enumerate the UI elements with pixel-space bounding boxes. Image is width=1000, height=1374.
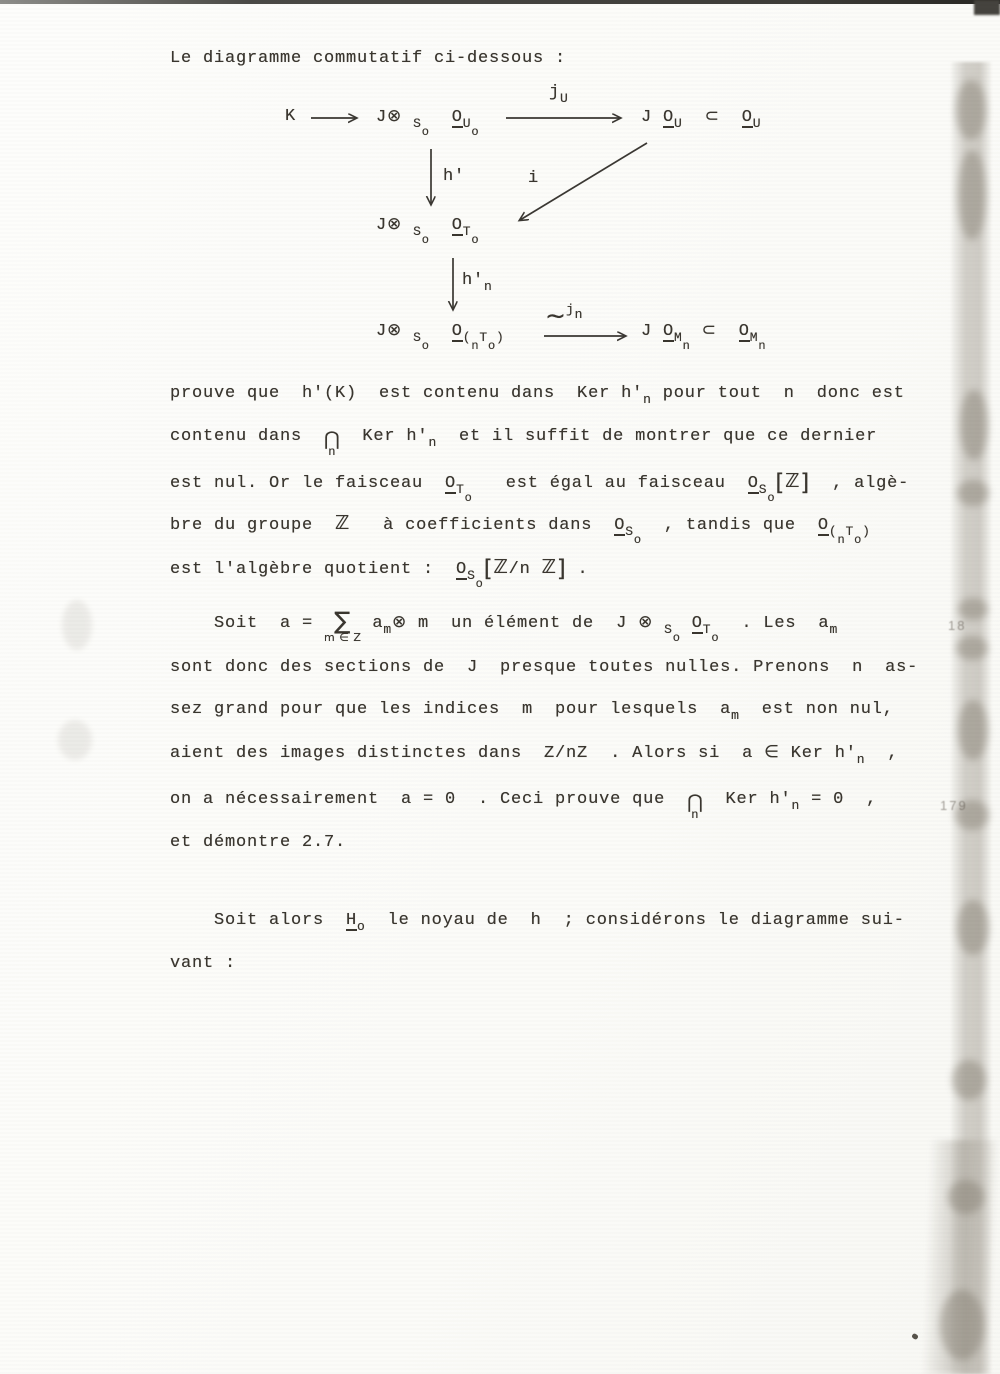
- margin-smudge: [62, 600, 92, 650]
- math-symbol: ⊂: [702, 320, 717, 340]
- diagram-arrows: [0, 0, 1000, 1374]
- text-run: h': [443, 167, 465, 186]
- math-symbol: ⊗: [387, 320, 402, 340]
- subscript: n: [428, 435, 437, 450]
- text-run: [720, 108, 742, 127]
- subscript: (: [829, 524, 838, 539]
- sub-subscript: o: [673, 631, 681, 645]
- subscript: S: [625, 524, 634, 539]
- text-run: le noyau de h ; considérons le diagramme…: [366, 911, 905, 930]
- node-J-tensor-OUo: J⊗ So OUo: [376, 106, 479, 140]
- blackboard-Z: ℤ: [542, 556, 557, 578]
- text-run: [681, 614, 692, 633]
- text-run: pour tout n donc est: [652, 384, 905, 403]
- text-run: [402, 108, 413, 127]
- label-h-prime-n: h'n: [462, 270, 493, 295]
- sub-subscript: o: [471, 233, 479, 247]
- subscript: m: [383, 622, 392, 637]
- proof-kernel-line-3: est nul. Or le faisceau OTo est égal au …: [170, 469, 909, 506]
- text-run: [717, 322, 739, 341]
- text-run: sez grand pour que les indices m pour le…: [170, 700, 731, 719]
- text-run: . Les a: [719, 614, 829, 633]
- subscript: T: [479, 330, 488, 345]
- subscript: ): [496, 330, 505, 345]
- subscript: m: [829, 622, 838, 637]
- subscript: M: [674, 330, 683, 345]
- text-run: on a nécessairement a = 0 . Ceci prouve …: [170, 790, 687, 809]
- text-run: est l'algèbre quotient :: [170, 560, 456, 579]
- subscript: T: [846, 524, 855, 539]
- subscript: ): [862, 524, 871, 539]
- text-run: prouve que h'(K) est contenu dans Ker h': [170, 384, 643, 403]
- small-index: n: [575, 307, 584, 322]
- ink-speck: [911, 1333, 919, 1341]
- text-run: .: [567, 560, 589, 579]
- proof-kernel-line-4: bre du groupe ℤ à coefficients dans OSo …: [170, 512, 871, 548]
- text-run: à coefficients dans: [350, 516, 614, 535]
- scanned-page: 18179 Le diagramme commutatif ci-dessous…: [0, 0, 1000, 1374]
- text-run: et il suffit de montrer que ce dernier: [437, 427, 877, 446]
- blackboard-Z: ℤ: [785, 470, 800, 492]
- subscript: U: [674, 116, 683, 131]
- subscript: m: [731, 708, 740, 723]
- sub-subscript: n: [838, 533, 846, 547]
- text-run: Soit alors: [170, 911, 346, 930]
- superscript: j: [566, 302, 575, 317]
- scan-blotch: [956, 636, 988, 660]
- proof-element-line-1: Soit a = ∑m ∈ Z am⊗ m un élément de J ⊗ …: [170, 610, 838, 646]
- sheaf-symbol: O: [663, 323, 674, 342]
- node-J-tensor-OTo: J⊗ So OTo: [376, 214, 479, 248]
- subscript: S: [413, 330, 422, 345]
- math-symbol: ⊂: [705, 106, 720, 126]
- text-run: [430, 108, 452, 127]
- bracket-right: ]: [557, 556, 567, 582]
- math-symbol: ⊗: [387, 214, 402, 234]
- proof-element-line-6: et démontre 2.7.: [170, 832, 346, 853]
- text-run: K: [285, 107, 296, 126]
- text-run: bre du groupe: [170, 516, 335, 535]
- text-run: J: [376, 108, 387, 127]
- math-symbol: ⊗: [387, 106, 402, 126]
- text-run: j: [549, 83, 560, 102]
- bracket-left: [: [484, 556, 494, 582]
- text-run: vant :: [170, 954, 236, 973]
- tilde-symbol: ∼: [545, 301, 566, 330]
- proof-kernel-line-1: prouve que h'(K) est contenu dans Ker h'…: [170, 383, 905, 408]
- proof-kernel-line-5: est l'algèbre quotient : OSo[ℤ/n ℤ] .: [170, 555, 589, 592]
- scan-blotch: [957, 480, 989, 506]
- bracket-left: [: [775, 470, 785, 496]
- label-i: i: [528, 168, 539, 189]
- scan-blotch: [958, 598, 988, 620]
- text-run: /n: [509, 560, 542, 579]
- scan-blotch: [952, 1060, 986, 1100]
- text-run: [402, 216, 413, 235]
- text-run: J: [376, 216, 387, 235]
- text-run: Ker h': [703, 790, 791, 809]
- sub-subscript: o: [422, 233, 430, 247]
- text-run: i: [528, 169, 539, 188]
- text-run: [402, 322, 413, 341]
- sum-operator: ∑m ∈ Z: [324, 610, 361, 643]
- math-symbol: ⊗: [392, 612, 407, 632]
- margin-smudge: [58, 720, 92, 760]
- sheaf-symbol: H: [346, 912, 357, 931]
- subscript: n: [643, 392, 652, 407]
- scan-top-edge-line: [0, 0, 1000, 4]
- text-run: = 0 ,: [800, 790, 877, 809]
- text-run: sont donc des sections de J presque tout…: [170, 658, 918, 677]
- math-symbol: ⊗: [638, 612, 653, 632]
- text-run: Le diagramme commutatif ci-dessous :: [170, 49, 566, 68]
- sheaf-symbol: O: [456, 561, 467, 580]
- sheaf-symbol: O: [445, 475, 456, 494]
- blackboard-Z: ℤ: [335, 512, 350, 534]
- text-run: J: [641, 108, 663, 127]
- proof-element-line-2: sont donc des sections de J presque tout…: [170, 657, 918, 678]
- scan-blotch: [958, 700, 988, 760]
- text-run: J: [641, 322, 663, 341]
- proof-noyau-line-2: vant :: [170, 953, 236, 974]
- node-K: K: [285, 106, 296, 127]
- text-run: Soit a =: [170, 614, 324, 633]
- node-JOU-subset-OU: J OU ⊂ OU: [641, 106, 761, 132]
- text-run: [683, 108, 705, 127]
- subscript: S: [413, 224, 422, 239]
- blackboard-Z: ℤ: [493, 556, 508, 578]
- text-run: m un élément de J: [407, 614, 638, 633]
- text-run: a: [361, 614, 383, 633]
- sub-subscript: o: [471, 125, 479, 139]
- subscript: S: [467, 568, 476, 583]
- math-symbol: ∈: [764, 742, 780, 762]
- subscript: S: [664, 622, 673, 637]
- text-run: [653, 614, 664, 633]
- text-run: Ker h': [340, 427, 428, 446]
- text-run: est nul. Or le faisceau: [170, 474, 445, 493]
- sheaf-symbol: O: [452, 109, 463, 128]
- text-run: , tandis que: [642, 516, 818, 535]
- scan-blotch: [940, 1290, 984, 1360]
- sub-subscript: o: [634, 533, 642, 547]
- sheaf-symbol: O: [452, 217, 463, 236]
- sheaf-symbol: O: [739, 323, 750, 342]
- text-run: et démontre 2.7.: [170, 833, 346, 852]
- proof-kernel-line-2: contenu dans ⋂n Ker h'n et il suffit de …: [170, 426, 877, 458]
- sheaf-symbol: O: [748, 475, 759, 494]
- text-run: aient des images distinctes dans Z/nZ . …: [170, 744, 764, 763]
- subscript: T: [456, 482, 465, 497]
- node-JOMn-subset-OMn: J OMn ⊂ OMn: [641, 320, 766, 354]
- proof-element-line-5: on a nécessairement a = 0 . Ceci prouve …: [170, 789, 877, 821]
- sub-subscript: o: [422, 125, 430, 139]
- proof-noyau-line-1: Soit alors Ho le noyau de h ; considéron…: [170, 910, 905, 935]
- arrow-i: [520, 143, 647, 220]
- bleed-through-number: 18: [948, 618, 966, 633]
- text-run: J: [376, 322, 387, 341]
- scan-corner-blot: [974, 0, 1000, 15]
- sheaf-symbol: O: [742, 109, 753, 128]
- intersection-operator: ⋂n: [687, 793, 703, 821]
- sheaf-symbol: O: [663, 109, 674, 128]
- sheaf-symbol: O: [692, 615, 703, 634]
- text-run: [430, 322, 452, 341]
- text-run: est égal au faisceau: [473, 474, 748, 493]
- sub-subscript: n: [758, 339, 766, 353]
- subscript: S: [413, 116, 422, 131]
- sheaf-symbol: O: [818, 517, 829, 536]
- scan-blotch: [960, 390, 988, 460]
- bracket-right: ]: [800, 470, 810, 496]
- subscript: n: [791, 798, 800, 813]
- text-run: ,: [865, 744, 898, 763]
- scan-blotch: [948, 1180, 984, 1214]
- scan-blotch: [956, 80, 986, 140]
- label-h-prime: h': [443, 166, 465, 187]
- subscript: o: [357, 919, 366, 934]
- text-run: h': [462, 271, 484, 290]
- sheaf-symbol: O: [614, 517, 625, 536]
- text-run: , algè-: [810, 474, 909, 493]
- node-J-tensor-OnTo: J⊗ So O(nTo): [376, 320, 505, 354]
- text-run: Ker h': [780, 744, 857, 763]
- sub-subscript: o: [488, 339, 496, 353]
- text-run: [430, 216, 452, 235]
- label-jU: jU: [549, 82, 569, 107]
- sub-subscript: o: [476, 577, 484, 591]
- sub-subscript: o: [854, 533, 862, 547]
- text-run: contenu dans: [170, 427, 324, 446]
- scan-blotch: [957, 900, 989, 955]
- proof-element-line-4: aient des images distinctes dans Z/nZ . …: [170, 742, 898, 768]
- subscript: n: [484, 279, 493, 294]
- sub-subscript: n: [683, 339, 691, 353]
- label-jn-iso: ∼jn: [545, 300, 583, 331]
- scan-blotch: [958, 150, 986, 240]
- text-run: [691, 322, 702, 341]
- bleed-through-number: 179: [940, 798, 968, 813]
- intro-line-1: Le diagramme commutatif ci-dessous :: [170, 48, 566, 69]
- sub-subscript: o: [465, 491, 473, 505]
- sub-subscript: o: [422, 339, 430, 353]
- text-run: est non nul,: [740, 700, 894, 719]
- subscript: U: [753, 116, 762, 131]
- subscript: U: [560, 91, 569, 106]
- intersection-operator: ⋂n: [324, 430, 340, 458]
- sheaf-symbol: O: [452, 323, 463, 342]
- proof-element-line-3: sez grand pour que les indices m pour le…: [170, 699, 894, 724]
